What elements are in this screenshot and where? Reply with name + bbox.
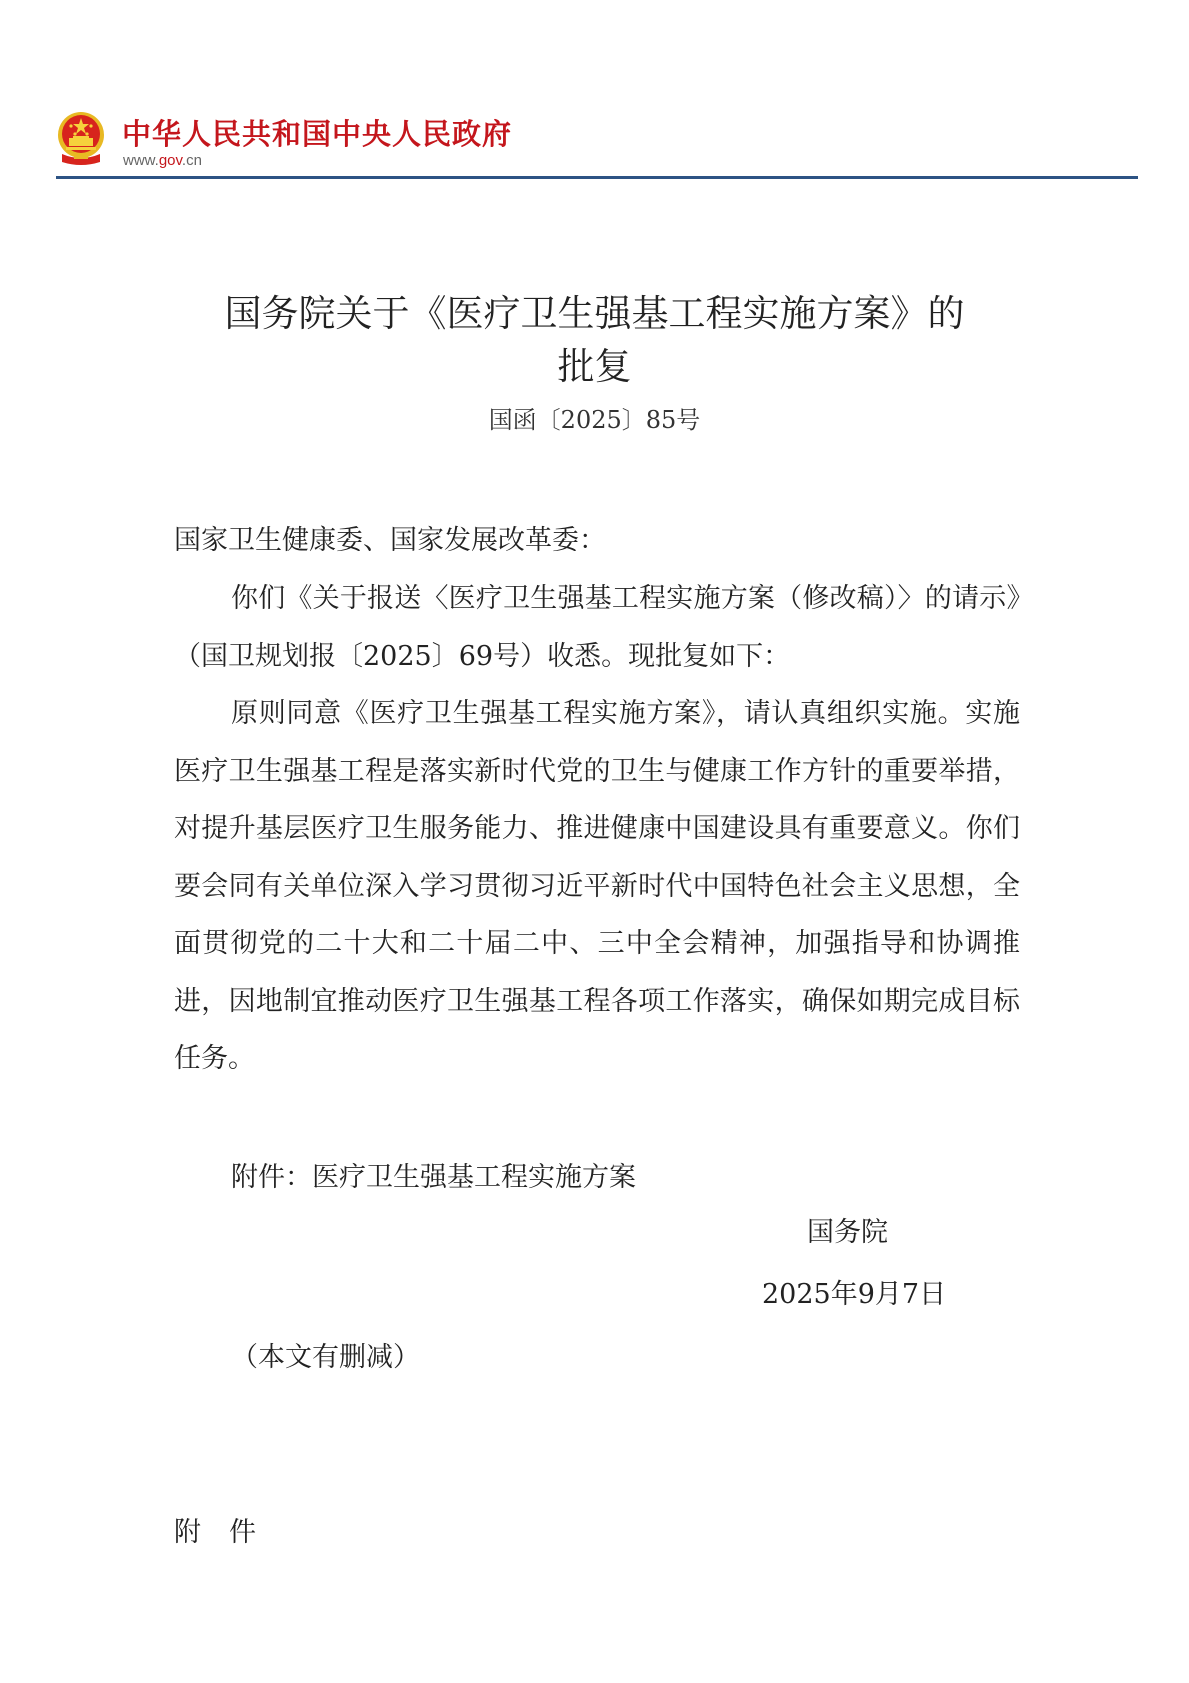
paragraph-2: 原则同意《医疗卫生强基工程实施方案》，请认真组织实施。实施医疗卫生强基工程是落实… <box>174 685 1020 1088</box>
paragraph-1: 你们《关于报送〈医疗卫生强基工程实施方案（修改稿）〉的请示》（国卫规划报〔202… <box>174 570 1020 685</box>
attachment-line: 附件：医疗卫生强基工程实施方案 <box>231 1155 636 1194</box>
signer: 国务院 <box>807 1210 888 1249</box>
document-title-line2: 批复 <box>0 336 1189 390</box>
national-emblem-icon <box>56 110 106 166</box>
document-title-line1: 国务院关于《医疗卫生强基工程实施方案》的 <box>0 283 1189 337</box>
appendix-heading: 附件 <box>174 1510 284 1549</box>
document-number: 国函〔2025〕85号 <box>0 400 1189 435</box>
url-prefix: www. <box>123 152 159 169</box>
url-suffix: .cn <box>182 152 202 169</box>
header-divider <box>56 176 1138 179</box>
url-domain: gov <box>159 152 182 169</box>
signature-date: 2025年9月7日 <box>762 1272 946 1311</box>
site-name[interactable]: 中华人民共和国中央人民政府 <box>122 112 512 153</box>
addressee: 国家卫生健康委、国家发展改革委： <box>174 512 1020 570</box>
site-url[interactable]: www.gov.cn <box>123 152 202 169</box>
abridged-note: （本文有删减） <box>231 1335 420 1374</box>
